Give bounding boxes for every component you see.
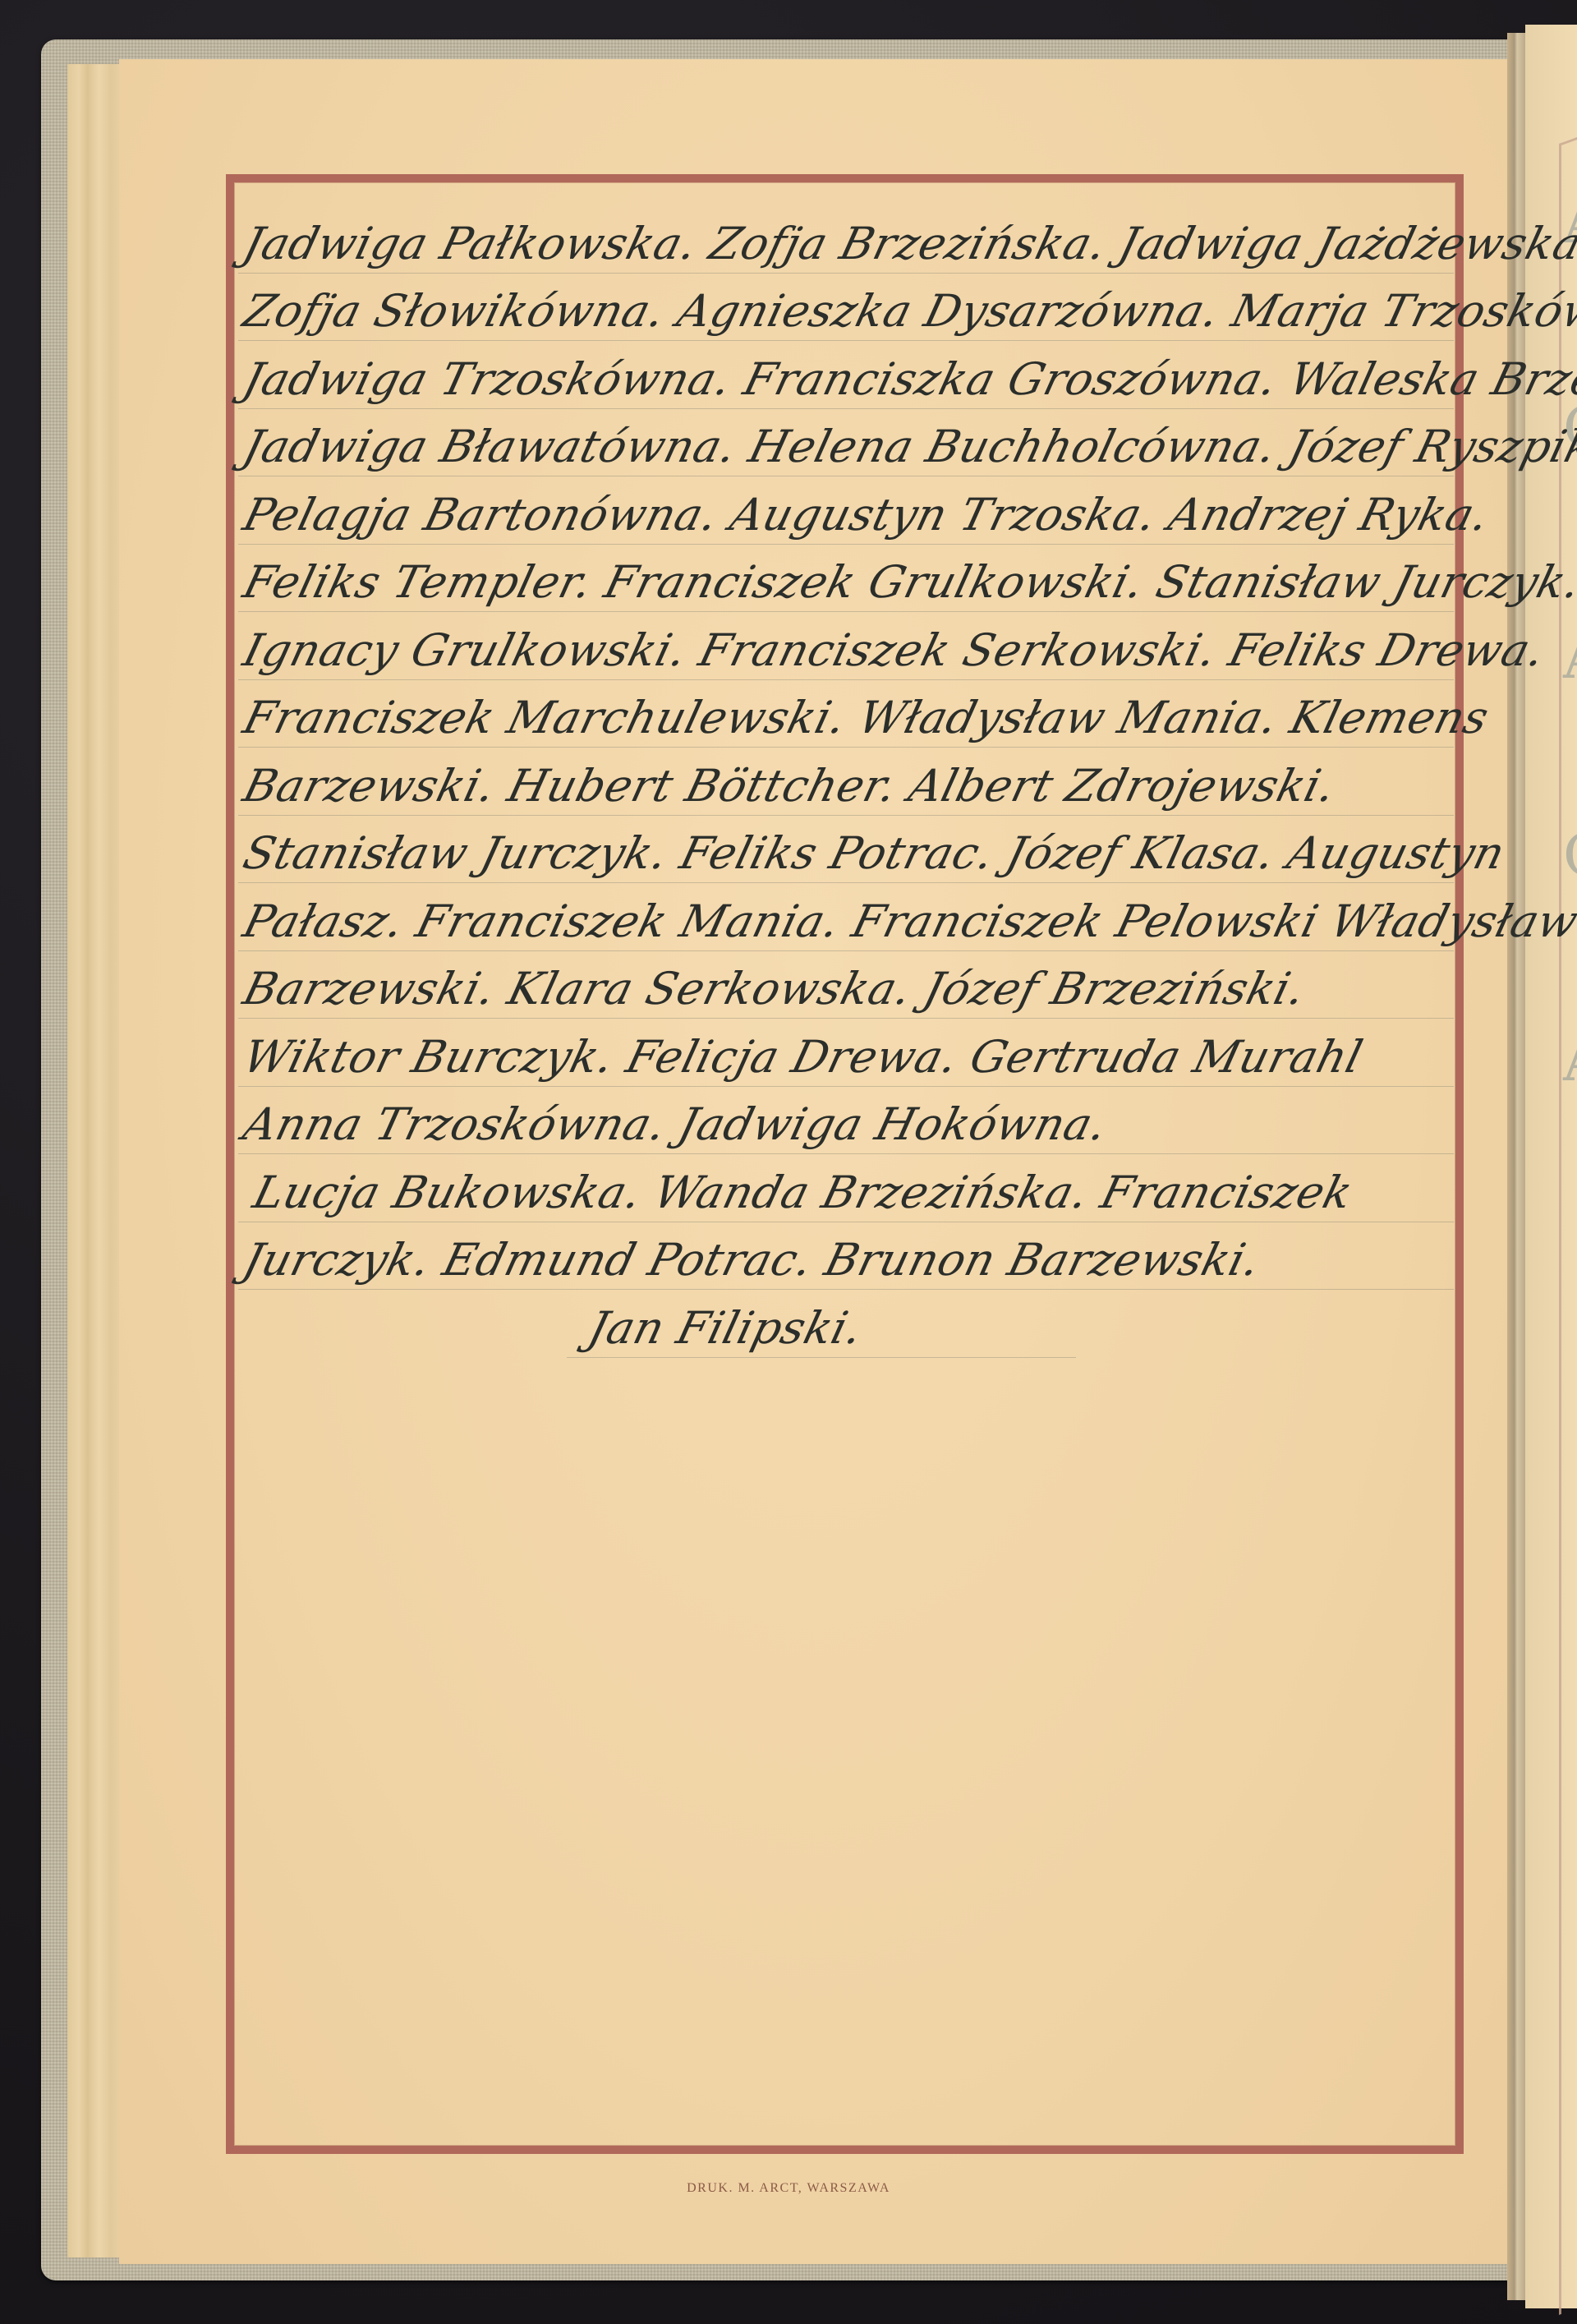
handwritten-names: Jadwiga Bławatówna. Helena Buchholcówna.… [238, 421, 1577, 472]
handwritten-names: Lucja Bukowska. Wanda Brzezińska. Franci… [248, 1167, 1358, 1218]
handwritten-line: Jurczyk. Edmund Potrac. Brunon Barzewski… [238, 1222, 1454, 1291]
handwritten-names: Pelagja Bartonówna. Augustyn Trzoska. An… [238, 489, 1494, 541]
handwritten-line: Franciszek Marchulewski. Władysław Mania… [238, 680, 1454, 748]
handwritten-line: Wiktor Burczyk. Felicja Drewa. Gertruda … [238, 1019, 1454, 1087]
facing-page-letter: A [1563, 624, 1577, 692]
page-stack-edges [67, 64, 126, 2257]
handwritten-line: Feliks Templer. Franciszek Grulkowski. S… [238, 545, 1454, 613]
handwritten-names: Jurczyk. Edmund Potrac. Brunon Barzewski… [238, 1234, 1266, 1286]
handwritten-line: Pelagja Bartonówna. Augustyn Trzoska. An… [238, 476, 1454, 545]
signature-line: Jan Filipski. [567, 1290, 1076, 1358]
handwritten-line: Anna Trzoskówna. Jadwiga Hokówna. [238, 1087, 1454, 1155]
handwritten-line: Pałasz. Franciszek Mania. Franciszek Pel… [238, 883, 1454, 951]
signature: Jan Filipski. [583, 1302, 868, 1354]
handwritten-names: Barzewski. Klara Serkowska. Józef Brzezi… [238, 963, 1311, 1015]
book-scan: A C A C A Jadwiga Pałkowska. Zofja Brzez… [0, 0, 1577, 2324]
handwritten-names: Jadwiga Pałkowska. Zofja Brzezińska. Jad… [238, 218, 1577, 269]
handwritten-line: Jadwiga Trzoskówna. Franciszka Groszówna… [238, 341, 1454, 409]
facing-page-letter: A [1563, 1027, 1577, 1094]
handwritten-line: Barzewski. Klara Serkowska. Józef Brzezi… [238, 951, 1454, 1019]
handwritten-names: Ignacy Grulkowski. Franciszek Serkowski.… [238, 624, 1550, 676]
handwritten-line: Lucja Bukowska. Wanda Brzezińska. Franci… [238, 1154, 1454, 1222]
handwritten-names: Jadwiga Trzoskówna. Franciszka Groszówna… [238, 353, 1577, 405]
handwritten-line: Barzewski. Hubert Böttcher. Albert Zdroj… [238, 748, 1454, 816]
handwritten-names: Wiktor Burczyk. Felicja Drewa. Gertruda … [238, 1031, 1368, 1083]
facing-page-letter: C [1563, 821, 1577, 889]
handwritten-line: Stanisław Jurczyk. Feliks Potrac. Józef … [238, 816, 1454, 884]
handwritten-names: Stanisław Jurczyk. Feliks Potrac. Józef … [238, 827, 1510, 879]
handwritten-names: Anna Trzoskówna. Jadwiga Hokówna. [238, 1098, 1112, 1150]
handwritten-names: Pałasz. Franciszek Mania. Franciszek Pel… [238, 895, 1577, 947]
handwritten-names: Feliks Templer. Franciszek Grulkowski. S… [238, 556, 1577, 608]
signature-list: Jadwiga Pałkowska. Zofja Brzezińska. Jad… [238, 205, 1454, 1358]
handwritten-line: Jadwiga Pałkowska. Zofja Brzezińska. Jad… [238, 205, 1454, 274]
handwritten-names: Franciszek Marchulewski. Władysław Mania… [238, 692, 1494, 743]
printer-imprint: DRUK. M. ARCT, WARSZAWA [0, 2181, 1577, 2196]
handwritten-names: Zofja Słowikówna. Agnieszka Dysarzówna. … [238, 285, 1577, 337]
handwritten-line: Ignacy Grulkowski. Franciszek Serkowski.… [238, 612, 1454, 680]
handwritten-names: Barzewski. Hubert Böttcher. Albert Zdroj… [238, 760, 1341, 812]
handwritten-line: Zofja Słowikówna. Agnieszka Dysarzówna. … [238, 274, 1454, 342]
handwritten-line: Jadwiga Bławatówna. Helena Buchholcówna.… [238, 409, 1454, 477]
